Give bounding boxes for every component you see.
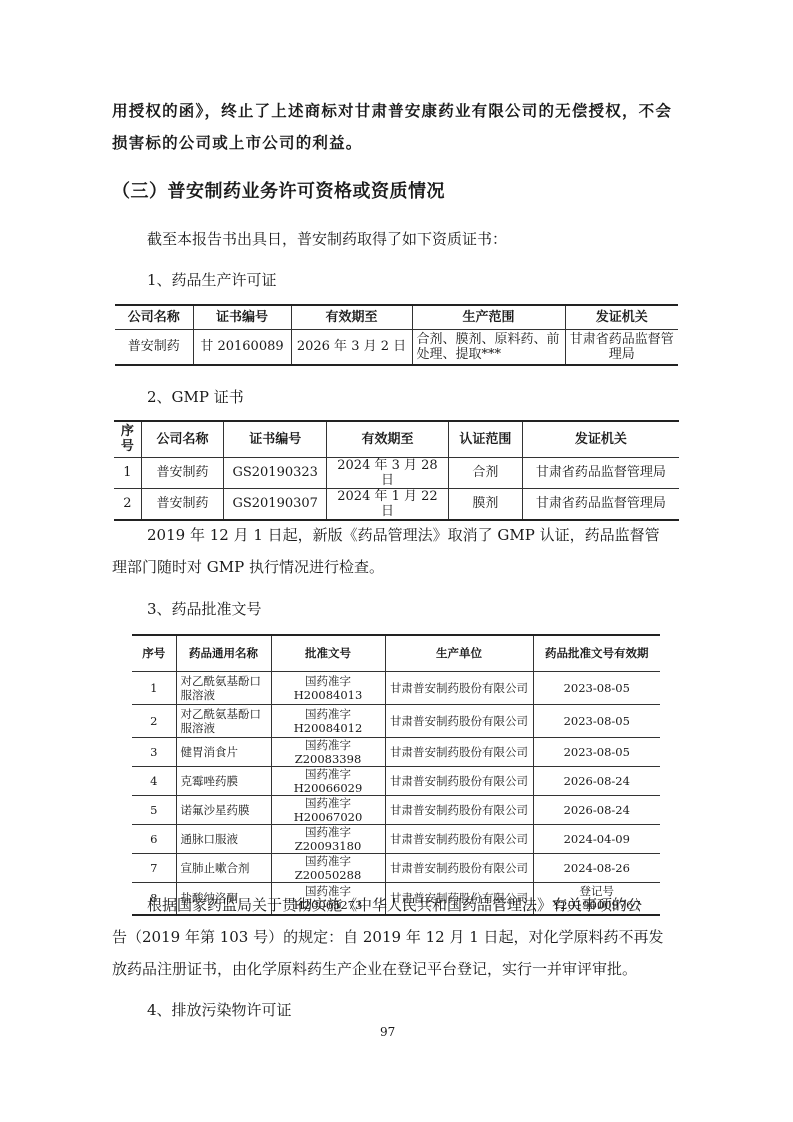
- sub4-title: 4、排放污染物许可证: [147, 1000, 292, 1020]
- cell-manufacturer: 甘肃普安制药股份有限公司: [385, 737, 533, 766]
- cell-drug-name: 健胃消食片: [176, 737, 271, 766]
- production-license-table: 公司名称 证书编号 有效期至 生产范围 发证机关 普安制药 甘 20160089…: [115, 304, 678, 366]
- header-company: 公司名称: [141, 421, 224, 457]
- cell-scope: 合剂、膜剂、原料药、前处理、提取***: [412, 329, 565, 365]
- table-row: 1 对乙酰氨基酚口服溶液 国药准字 H20084013 甘肃普安制药股份有限公司…: [132, 671, 660, 704]
- registration-note-line-3: 放药品注册证书，由化学原料药生产企业在登记平台登记，实行一并审评审批。: [112, 959, 637, 979]
- cell-validity: 2026-08-24: [533, 795, 660, 824]
- table-row: 4 克霉唑药膜 国药准字 H20066029 甘肃普安制药股份有限公司 2026…: [132, 766, 660, 795]
- cell-seq: 2: [114, 488, 141, 520]
- cell-cert-no: GS20190307: [224, 488, 327, 520]
- cell-manufacturer: 甘肃普安制药股份有限公司: [385, 704, 533, 737]
- cell-approval-no: 国药准字 H20066029: [271, 766, 385, 795]
- cell-seq: 6: [132, 824, 176, 853]
- page-number: 97: [380, 1025, 395, 1039]
- intro-paragraph: 截至本报告书出具日，普安制药取得了如下资质证书：: [147, 229, 507, 249]
- cell-company: 普安制药: [141, 457, 224, 488]
- cell-company: 普安制药: [115, 329, 193, 365]
- cell-valid-until: 2024 年 1 月 22 日: [327, 488, 449, 520]
- intro-bold-line-1: 用授权的函》，终止了上述商标对甘肃普安康药业有限公司的无偿授权，不会: [112, 101, 672, 121]
- gmp-note-line-1: 2019 年 12 月 1 日起，新版《药品管理法》取消了 GMP 认证，药品监…: [147, 525, 660, 545]
- cell-validity: 2024-08-26: [533, 853, 660, 882]
- cell-manufacturer: 甘肃普安制药股份有限公司: [385, 824, 533, 853]
- cell-issuer: 甘肃省药品监督管理局: [565, 329, 678, 365]
- cell-validity: 2023-08-05: [533, 737, 660, 766]
- cell-drug-name: 对乙酰氨基酚口服溶液: [176, 704, 271, 737]
- gmp-note-line-2: 理部门随时对 GMP 执行情况进行检查。: [112, 557, 384, 577]
- header-scope: 认证范围: [448, 421, 522, 457]
- cell-scope: 合剂: [448, 457, 522, 488]
- header-scope: 生产范围: [412, 305, 565, 329]
- table-row: 普安制药 甘 20160089 2026 年 3 月 2 日 合剂、膜剂、原料药…: [115, 329, 678, 365]
- cell-valid-until: 2024 年 3 月 28 日: [327, 457, 449, 488]
- cell-issuer: 甘肃省药品监督管理局: [522, 488, 679, 520]
- cell-manufacturer: 甘肃普安制药股份有限公司: [385, 671, 533, 704]
- table-row: 2 普安制药 GS20190307 2024 年 1 月 22 日 膜剂 甘肃省…: [114, 488, 679, 520]
- table-row: 6 通脉口服液 国药准字 Z20093180 甘肃普安制药股份有限公司 2024…: [132, 824, 660, 853]
- cell-seq: 2: [132, 704, 176, 737]
- header-cert-no: 证书编号: [224, 421, 327, 457]
- header-validity: 药品批准文号有效期: [533, 635, 660, 671]
- cell-approval-no: 国药准字 H20084012: [271, 704, 385, 737]
- header-cert-no: 证书编号: [193, 305, 291, 329]
- header-approval-no: 批准文号: [271, 635, 385, 671]
- registration-note-line-2: 告（2019 年第 103 号）的规定：自 2019 年 12 月 1 日起，对…: [112, 927, 664, 947]
- cell-validity: 2023-08-05: [533, 704, 660, 737]
- header-issuer: 发证机关: [565, 305, 678, 329]
- gmp-certificate-table: 序号 公司名称 证书编号 有效期至 认证范围 发证机关 1 普安制药 GS201…: [114, 420, 679, 521]
- table-row: 5 诺氟沙星药膜 国药准字 H20067020 甘肃普安制药股份有限公司 202…: [132, 795, 660, 824]
- cell-drug-name: 通脉口服液: [176, 824, 271, 853]
- header-seq: 序号: [132, 635, 176, 671]
- registration-note-line-1: 根据国家药监局关于贯彻实施《中华人民共和国药品管理法》有关事项的公: [147, 895, 642, 915]
- cell-seq: 4: [132, 766, 176, 795]
- sub3-title: 3、药品批准文号: [147, 599, 262, 619]
- cell-drug-name: 宣肺止嗽合剂: [176, 853, 271, 882]
- cell-seq: 1: [114, 457, 141, 488]
- cell-drug-name: 诺氟沙星药膜: [176, 795, 271, 824]
- header-seq: 序号: [114, 421, 141, 457]
- header-company: 公司名称: [115, 305, 193, 329]
- cell-seq: 1: [132, 671, 176, 704]
- cell-drug-name: 克霉唑药膜: [176, 766, 271, 795]
- cell-approval-no: 国药准字 H20084013: [271, 671, 385, 704]
- cell-company: 普安制药: [141, 488, 224, 520]
- header-manufacturer: 生产单位: [385, 635, 533, 671]
- header-drug-name: 药品通用名称: [176, 635, 271, 671]
- cell-manufacturer: 甘肃普安制药股份有限公司: [385, 795, 533, 824]
- cell-valid-until: 2026 年 3 月 2 日: [291, 329, 412, 365]
- cell-approval-no: 国药准字 Z20083398: [271, 737, 385, 766]
- cell-cert-no: GS20190323: [224, 457, 327, 488]
- cell-approval-no: 国药准字 H20067020: [271, 795, 385, 824]
- cell-issuer: 甘肃省药品监督管理局: [522, 457, 679, 488]
- table-row: 7 宣肺止嗽合剂 国药准字 Z20050288 甘肃普安制药股份有限公司 202…: [132, 853, 660, 882]
- cell-approval-no: 国药准字 Z20093180: [271, 824, 385, 853]
- cell-manufacturer: 甘肃普安制药股份有限公司: [385, 766, 533, 795]
- intro-bold-line-2: 损害标的公司或上市公司的利益。: [112, 133, 363, 153]
- cell-cert-no: 甘 20160089: [193, 329, 291, 365]
- cell-validity: 2023-08-05: [533, 671, 660, 704]
- drug-approval-table: 序号 药品通用名称 批准文号 生产单位 药品批准文号有效期 1 对乙酰氨基酚口服…: [132, 634, 660, 916]
- cell-scope: 膜剂: [448, 488, 522, 520]
- table-row: 3 健胃消食片 国药准字 Z20083398 甘肃普安制药股份有限公司 2023…: [132, 737, 660, 766]
- sub1-title: 1、药品生产许可证: [147, 270, 277, 290]
- cell-seq: 3: [132, 737, 176, 766]
- table-row: 2 对乙酰氨基酚口服溶液 国药准字 H20084012 甘肃普安制药股份有限公司…: [132, 704, 660, 737]
- cell-validity: 2026-08-24: [533, 766, 660, 795]
- cell-validity: 2024-04-09: [533, 824, 660, 853]
- cell-seq: 7: [132, 853, 176, 882]
- cell-approval-no: 国药准字 Z20050288: [271, 853, 385, 882]
- sub2-title: 2、GMP 证书: [147, 387, 244, 407]
- cell-drug-name: 对乙酰氨基酚口服溶液: [176, 671, 271, 704]
- section-heading: （三）普安制药业务许可资格或资质情况: [112, 177, 445, 203]
- header-valid-until: 有效期至: [291, 305, 412, 329]
- cell-seq: 5: [132, 795, 176, 824]
- header-issuer: 发证机关: [522, 421, 679, 457]
- table-row: 1 普安制药 GS20190323 2024 年 3 月 28 日 合剂 甘肃省…: [114, 457, 679, 488]
- header-valid-until: 有效期至: [327, 421, 449, 457]
- cell-manufacturer: 甘肃普安制药股份有限公司: [385, 853, 533, 882]
